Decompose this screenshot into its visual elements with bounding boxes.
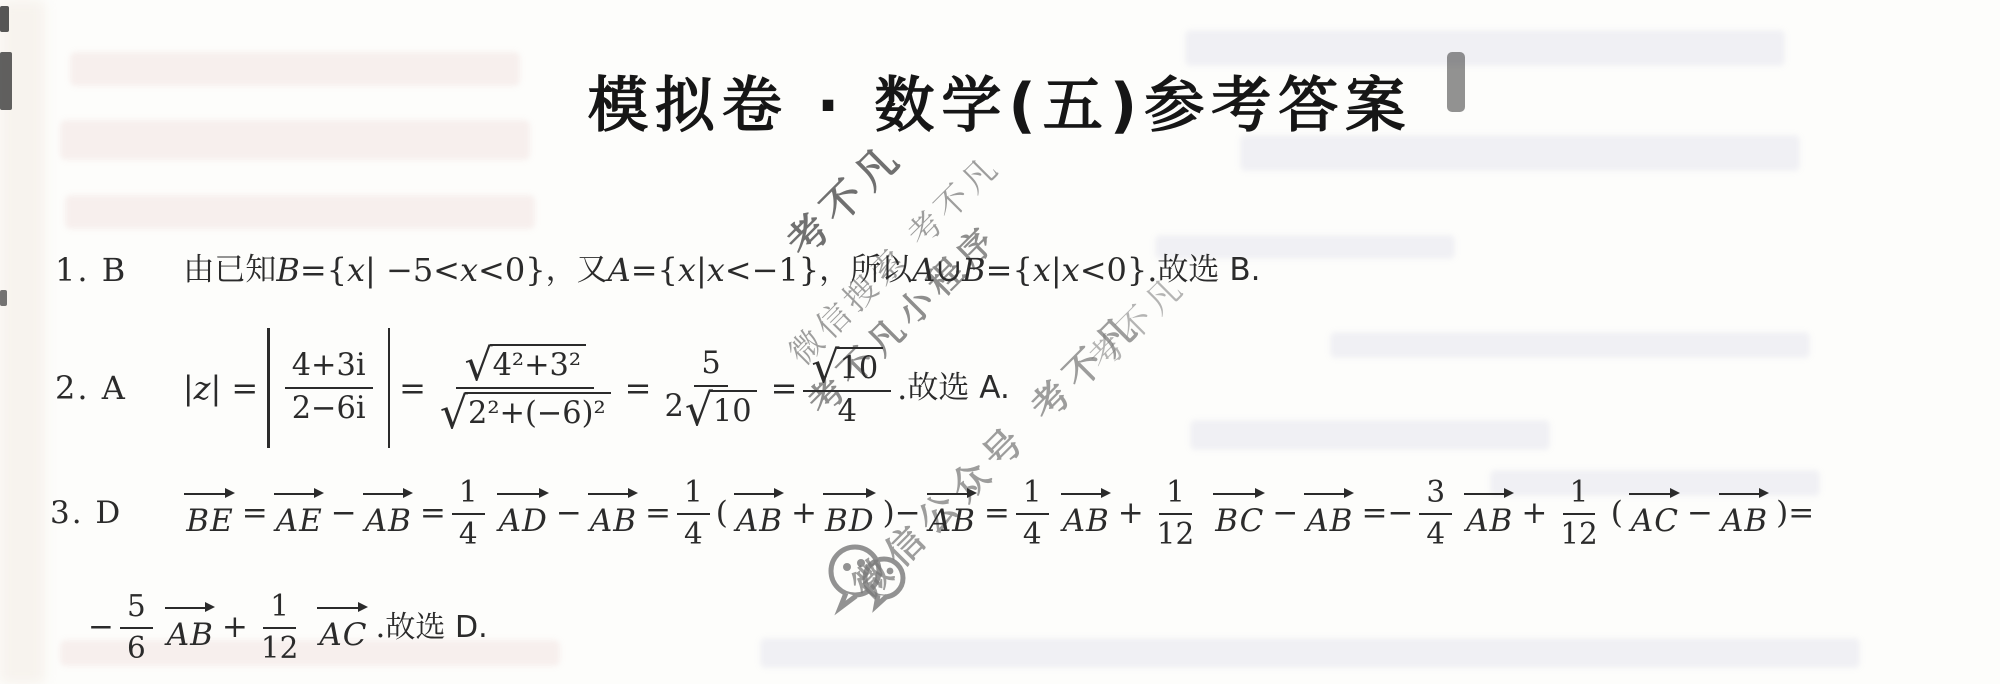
math-text: 4 — [838, 395, 857, 430]
fraction: 112 — [254, 590, 305, 666]
fraction-denominator: 4 — [1016, 515, 1049, 552]
math-text: <−1} — [725, 250, 819, 290]
vector-term: AE — [273, 487, 326, 541]
vector-letters: BC — [1215, 503, 1264, 539]
bleed-through-smudge — [760, 638, 1860, 668]
answer-line-1: 1. B由已知 B={x | −5<x<0}，又 A={x | x<−1}，所以… — [55, 250, 1261, 290]
math-text: = — [242, 494, 268, 533]
vector-arrow-icon — [1304, 493, 1350, 495]
answer-line-3: 3. DBE=AE−AB=14AD−AB=14(AB+BD)−AB=14AB+1… — [50, 476, 1814, 552]
math-text: 4 — [1426, 518, 1445, 552]
square-root: √10 — [811, 347, 883, 387]
vector-term: AB — [926, 487, 979, 541]
math-text: − — [1687, 494, 1713, 533]
scan-edge-mark — [0, 52, 12, 110]
math-text: )− — [883, 494, 921, 533]
scan-edge-mark — [0, 290, 7, 306]
math-text: 故选 A. — [907, 369, 1009, 408]
vector-letters: AB — [1721, 503, 1768, 539]
absolute-value-bar — [267, 328, 270, 448]
fraction: 14 — [677, 476, 710, 552]
fraction-denominator: 2 √10 — [657, 387, 764, 430]
math-text: = — [984, 494, 1010, 533]
vector-arrow-icon — [1213, 493, 1261, 495]
radicand: 4²+3² — [490, 344, 587, 384]
vector-letters: AB — [167, 617, 214, 653]
math-text: ( — [1611, 494, 1623, 533]
math-text: )= — [1776, 494, 1814, 533]
vector-arrow-icon — [588, 493, 634, 495]
math-text: 12 — [261, 632, 298, 666]
radicand: 2²+(−6)² — [465, 392, 611, 432]
square-root: √4²+3² — [464, 344, 586, 384]
math-text: − — [1272, 494, 1298, 533]
question-number-and-choice: 2. A — [55, 368, 127, 408]
scan-edge-mark — [0, 6, 9, 32]
math-text: =− — [1361, 494, 1413, 533]
math-text: 1 — [1166, 476, 1185, 510]
math-text: 1 — [459, 476, 478, 510]
math-text: 5 — [701, 347, 720, 382]
vector-term: AB — [1060, 487, 1113, 541]
math-text: ={ — [300, 250, 347, 290]
math-text: x — [1033, 250, 1051, 290]
fraction-denominator: 6 — [120, 629, 153, 666]
math-text: z — [194, 368, 211, 408]
math-text: ∪ — [935, 250, 962, 290]
fraction-denominator: 4 — [452, 515, 485, 552]
math-text: 10 — [713, 394, 752, 429]
vector-arrow-icon — [363, 493, 409, 495]
radicand: 10 — [710, 390, 757, 430]
fraction-denominator: √2²+(−6)² — [432, 389, 619, 432]
math-text: ={ — [631, 250, 678, 290]
vector-term: AB — [1463, 487, 1516, 541]
math-text: ={ — [986, 250, 1033, 290]
math-text: − — [331, 494, 357, 533]
vector-term: AB — [1303, 487, 1356, 541]
fraction: √104 — [803, 347, 891, 430]
math-text: = — [645, 494, 671, 533]
math-text: + — [1521, 494, 1547, 533]
vector-letters: AB — [1306, 503, 1353, 539]
math-text: 4+3i — [292, 349, 366, 384]
math-text: 10 — [840, 351, 879, 386]
square-root: √2²+(−6)² — [440, 392, 611, 432]
radical-sign: √ — [811, 349, 839, 386]
vector-term: BD — [822, 487, 878, 541]
math-text: 2 — [664, 390, 683, 425]
vector-arrow-icon — [927, 493, 973, 495]
math-text: − — [88, 608, 114, 647]
math-text: x — [347, 250, 365, 290]
question-number-and-choice: 1. B — [55, 250, 127, 290]
math-text: 12 — [1560, 518, 1597, 552]
fraction-numerator: 1 — [1016, 476, 1049, 515]
vector-letters: AB — [365, 503, 412, 539]
math-text: 4 — [1023, 518, 1042, 552]
vector-term: BE — [183, 487, 236, 541]
math-text: = — [771, 368, 798, 408]
fraction-numerator: 1 — [452, 476, 485, 515]
math-text: 1 — [1023, 476, 1042, 510]
math-text: 2²+(−6)² — [468, 396, 606, 431]
vector-arrow-icon — [497, 493, 545, 495]
vector-arrow-icon — [184, 493, 230, 495]
vector-arrow-icon — [317, 607, 364, 609]
math-text: 2−6i — [292, 392, 366, 427]
vector-letters: AB — [1063, 503, 1110, 539]
math-text: + — [222, 608, 248, 647]
fraction: 4+3i2−6i — [285, 349, 373, 427]
fraction: 34 — [1419, 476, 1452, 552]
math-text: ，所以 — [819, 251, 912, 290]
fraction-denominator: 12 — [1553, 515, 1604, 552]
math-text: 1 — [1570, 476, 1589, 510]
math-text: x — [460, 250, 478, 290]
math-text: 3 — [1426, 476, 1445, 510]
fraction: √4²+3²√2²+(−6)² — [432, 344, 619, 432]
fraction-numerator: 5 — [694, 347, 727, 387]
math-text: = — [625, 368, 652, 408]
vector-term: AB — [362, 487, 415, 541]
answer-line-4: −56AB+112AC. 故选 D. — [88, 590, 488, 666]
math-text: ，又 — [546, 251, 608, 290]
fraction-numerator: √4²+3² — [456, 344, 594, 389]
math-text: . — [375, 608, 385, 647]
bleed-through-smudge — [1330, 332, 1810, 358]
vector-arrow-icon — [1719, 493, 1765, 495]
vector-arrow-icon — [165, 607, 211, 609]
radicand: 10 — [837, 347, 884, 387]
vector-letters: BE — [186, 503, 233, 539]
math-text: x — [707, 250, 725, 290]
math-text: 4 — [459, 518, 478, 552]
math-text: <0} — [478, 250, 546, 290]
vector-letters: AB — [590, 503, 637, 539]
fraction-numerator: 1 — [263, 590, 296, 629]
math-text: | — [696, 250, 707, 290]
vector-letters: AC — [319, 617, 367, 653]
fraction-numerator: 1 — [1563, 476, 1596, 515]
vector-arrow-icon — [1464, 493, 1510, 495]
fraction-denominator: 12 — [254, 629, 305, 666]
fraction-denominator: 2−6i — [285, 389, 373, 427]
vector-term: AD — [496, 487, 551, 541]
vector-term: AB — [164, 601, 217, 655]
vector-term: AB — [1718, 487, 1771, 541]
vector-letters: AB — [736, 503, 783, 539]
math-text: 故选 B. — [1157, 251, 1260, 290]
math-text: 1 — [684, 476, 703, 510]
vector-term: AC — [316, 601, 370, 655]
fraction-denominator: 4 — [677, 515, 710, 552]
vector-letters: BD — [825, 503, 875, 539]
math-text: 故选 D. — [385, 609, 487, 647]
bleed-through-smudge — [60, 120, 530, 160]
absolute-value-bar — [388, 328, 391, 448]
math-text: = — [399, 368, 426, 408]
radical-sign: √ — [685, 392, 713, 429]
fraction-numerator: 3 — [1419, 476, 1452, 515]
math-text: | = — [210, 368, 258, 408]
scan-edge-mark — [1447, 52, 1465, 112]
math-text: 1 — [270, 590, 289, 624]
fraction-denominator: 12 — [1150, 515, 1201, 552]
math-text: ( — [716, 494, 728, 533]
bleed-through-smudge — [1190, 420, 1550, 450]
fraction: 112 — [1150, 476, 1201, 552]
math-text: A — [912, 250, 935, 290]
math-text: 12 — [1157, 518, 1194, 552]
vector-arrow-icon — [823, 493, 872, 495]
fraction-denominator: 4 — [1419, 515, 1452, 552]
fraction-denominator: 4 — [831, 392, 864, 430]
math-text: B — [276, 250, 300, 290]
radical-sign: √ — [440, 395, 468, 432]
vector-arrow-icon — [1629, 493, 1676, 495]
vector-arrow-icon — [734, 493, 780, 495]
fraction-numerator: 4+3i — [285, 349, 373, 389]
fraction: 14 — [452, 476, 485, 552]
math-text: | −5< — [365, 250, 460, 290]
math-text: 由已知 — [183, 251, 276, 290]
math-text: | — [183, 368, 194, 408]
fraction-numerator: 1 — [677, 476, 710, 515]
fraction: 56 — [120, 590, 153, 666]
math-text: 4 — [684, 518, 703, 552]
vector-letters: AD — [499, 503, 548, 539]
vector-letters: AE — [276, 503, 323, 539]
bleed-through-smudge — [70, 52, 520, 86]
math-text: 5 — [127, 590, 146, 624]
fraction: 14 — [1016, 476, 1049, 552]
scan-edge-tint — [0, 0, 45, 684]
vector-letters: AB — [929, 503, 976, 539]
math-text: x — [678, 250, 696, 290]
math-text: | — [1051, 250, 1062, 290]
math-text: 6 — [127, 632, 146, 666]
answer-line-2: 2. A| z | =4+3i2−6i=√4²+3²√2²+(−6)²=52 √… — [55, 328, 1010, 448]
question-number-and-choice: 3. D — [50, 494, 122, 533]
bleed-through-smudge — [65, 195, 535, 229]
math-text: <0}. — [1080, 250, 1158, 290]
math-text: + — [1118, 494, 1144, 533]
math-text: + — [791, 494, 817, 533]
vector-term: BC — [1212, 487, 1267, 541]
math-text: − — [556, 494, 582, 533]
vector-term: AC — [1628, 487, 1682, 541]
vector-term: AB — [733, 487, 786, 541]
page-title: 模拟卷 · 数学(五)参考答案 — [588, 58, 1412, 144]
fraction: 52 √10 — [657, 347, 764, 430]
square-root: √10 — [685, 390, 757, 430]
vector-letters: AC — [1631, 503, 1679, 539]
math-text: . — [897, 368, 907, 408]
math-text: = — [420, 494, 446, 533]
fraction-numerator: 1 — [1159, 476, 1192, 515]
scanned-answer-sheet: 模拟卷 · 数学(五)参考答案 考不凡 微信搜索 考不凡 考不凡小程序 微信公众… — [0, 0, 2000, 684]
watermark-stamp: 考不凡 — [772, 126, 914, 268]
fraction-numerator: √10 — [803, 347, 891, 392]
fraction-numerator: 5 — [120, 590, 153, 629]
vector-letters: AB — [1466, 503, 1513, 539]
fraction: 112 — [1553, 476, 1604, 552]
math-text: x — [1062, 250, 1080, 290]
math-text: B — [962, 250, 986, 290]
math-text: A — [608, 250, 631, 290]
vector-arrow-icon — [274, 493, 320, 495]
math-text: 4²+3² — [493, 348, 582, 383]
radical-sign: √ — [464, 347, 492, 384]
vector-term: AB — [587, 487, 640, 541]
vector-arrow-icon — [1061, 493, 1107, 495]
